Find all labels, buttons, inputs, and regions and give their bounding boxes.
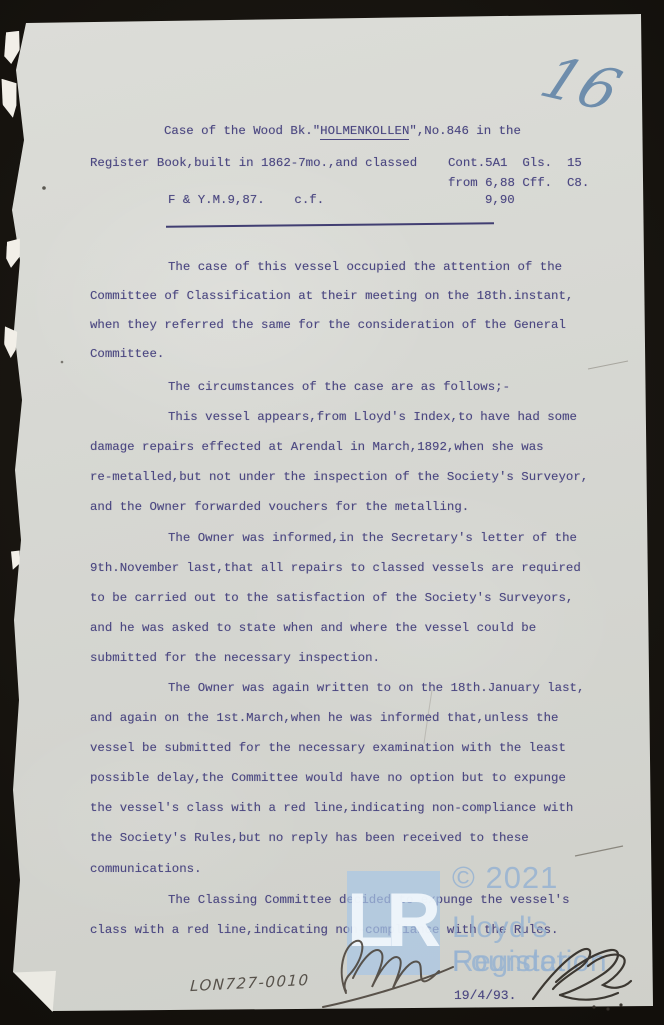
ship-name: HOLMENKOLLEN — [320, 124, 409, 140]
typed-line: submitted for the necessary inspection. — [90, 651, 380, 666]
typed-line: possible delay,the Committee would have … — [90, 771, 566, 786]
torn-edge-fragment — [0, 77, 20, 118]
watermark-copyright: © 2021 — [452, 860, 558, 896]
class-notation-line-3: 9,90 — [485, 193, 515, 208]
case-title-line2: Register Book,built in 1862-7mo.,and cla… — [90, 156, 417, 171]
document-scan: 16 Case of the Wood Bk."HOLMENKOLLEN",No… — [0, 0, 664, 1025]
survey-notation-line: F & Y.M.9,87. c.f. — [168, 193, 324, 208]
typed-date: 19/4/93. — [454, 988, 516, 1003]
torn-edge-fragment — [5, 237, 22, 268]
typed-line: re-metalled,but not under the inspection… — [90, 470, 588, 485]
folded-corner — [14, 970, 56, 1012]
typed-line: The circumstances of the case are as fol… — [168, 380, 510, 395]
typed-line: the Society's Rules,but no reply has bee… — [90, 831, 529, 846]
case-title-post: ",No.846 in the — [409, 124, 521, 138]
typed-line: Committee of Classification at their mee… — [90, 289, 573, 304]
typed-line: and the Owner forwarded vouchers for the… — [90, 500, 469, 515]
typed-line: The case of this vessel occupied the att… — [168, 260, 562, 275]
typed-line: The Owner was again written to on the 18… — [168, 681, 584, 696]
typed-line: the vessel's class with a red line,indic… — [90, 801, 573, 816]
typed-line: vessel be submitted for the necessary ex… — [90, 741, 566, 756]
case-title-line: Case of the Wood Bk."HOLMENKOLLEN",No.84… — [164, 124, 521, 139]
lloyds-register-logo: LR — [347, 871, 440, 975]
watermark-org-name-2: Foundation — [452, 945, 607, 979]
class-notation-line-1: Cont.5A1 Gls. 15 — [448, 156, 582, 171]
typed-line: 9th.November last,that all repairs to cl… — [90, 561, 581, 576]
case-title-pre: Case of the Wood Bk." — [164, 124, 320, 138]
typed-line: The Owner was informed,in the Secretary'… — [168, 531, 577, 546]
lr-logo-text: LR — [344, 871, 437, 971]
typed-line: This vessel appears,from Lloyd's Index,t… — [168, 410, 577, 425]
typed-line: communications. — [90, 862, 202, 877]
typed-line: when they referred the same for the cons… — [90, 318, 566, 333]
typed-line: and he was asked to state when and where… — [90, 621, 536, 636]
typed-line: to be carried out to the satisfaction of… — [90, 591, 573, 606]
class-notation-line-2: from 6,88 Cff. C8. — [448, 176, 589, 191]
typed-line: damage repairs effected at Arendal in Ma… — [90, 440, 544, 455]
typed-line: and again on the 1st.March,when he was i… — [90, 711, 558, 726]
typed-line: Committee. — [90, 347, 164, 362]
